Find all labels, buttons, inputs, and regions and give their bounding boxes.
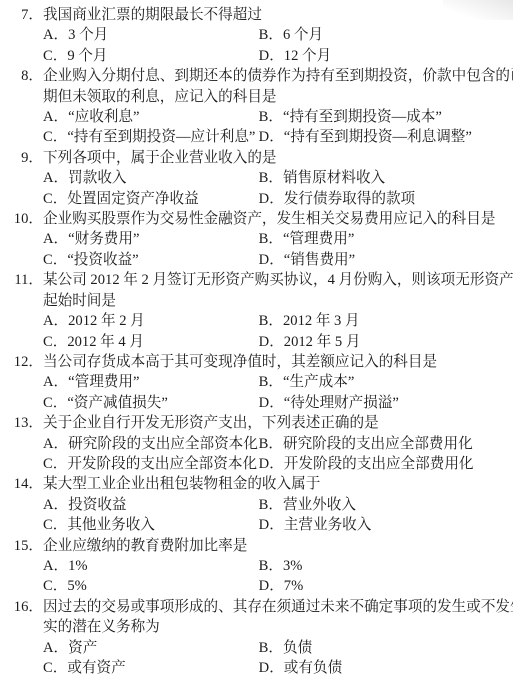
question: 13． 关于企业自行开发无形资产支出，下列表述正确的是 A．研究阶段的支出应全部… bbox=[0, 413, 513, 474]
option: A．研究阶段的支出应全部资本化 bbox=[43, 434, 255, 454]
option: C．“投资收益” bbox=[43, 250, 255, 270]
option: C．处置固定资产净收益 bbox=[43, 189, 255, 209]
question-number: 14． bbox=[0, 474, 43, 494]
question-stem: 企业购买股票作为交易性金融资产，发生相关交易费用应记入的科目是 bbox=[43, 209, 513, 229]
option: A．投资收益 bbox=[43, 495, 255, 515]
option: D．主营业务收入 bbox=[259, 515, 372, 535]
option: B．“持有至到期投资—成本” bbox=[259, 107, 442, 127]
question-stem: 某公司 2012 年 2 月签订无形资产购买协议，4 月份购入，则该项无形资产摊… bbox=[43, 270, 513, 290]
question: 10． 企业购买股票作为交易性金融资产，发生相关交易费用应记入的科目是 A．“财… bbox=[0, 209, 513, 270]
exam-page: 7． 我国商业汇票的期限最长不得超过 A．3 个月 B．6 个月 C．9 个月 … bbox=[0, 0, 513, 678]
question: 8． 企业购入分期付息、到期还本的债券作为持有至到期投资，价款中包含的已到付息 … bbox=[0, 66, 513, 148]
question-stem: 我国商业汇票的期限最长不得超过 bbox=[43, 5, 513, 25]
option: D．“待处理财产损溢” bbox=[259, 393, 399, 413]
option: D．12 个月 bbox=[259, 46, 332, 66]
question: 11． 某公司 2012 年 2 月签订无形资产购买协议，4 月份购入，则该项无… bbox=[0, 270, 513, 352]
question-stem-continuation: 期但未领取的利息，应记入的科目是 bbox=[0, 87, 513, 107]
question-number: 11． bbox=[0, 270, 43, 290]
option: D．开发阶段的支出应全部费用化 bbox=[259, 454, 474, 474]
question-stem: 某大型工业企业出租包装物租金的收入属于 bbox=[43, 474, 513, 494]
option: D．或有负债 bbox=[259, 658, 343, 678]
option: D．2012 年 5 月 bbox=[259, 332, 361, 352]
question-stem: 企业购入分期付息、到期还本的债券作为持有至到期投资，价款中包含的已到付息 bbox=[43, 66, 513, 86]
question-stem: 关于企业自行开发无形资产支出，下列表述正确的是 bbox=[43, 413, 513, 433]
question: 9． 下列各项中，属于企业营业收入的是 A．罚款收入 B．销售原材料收入 C．处… bbox=[0, 148, 513, 209]
question: 12． 当公司存货成本高于其可变现净值时，其差额应记入的科目是 A．“管理费用”… bbox=[0, 352, 513, 413]
option: C．“持有至到期投资—应计利息” bbox=[43, 127, 255, 147]
question-stem: 当公司存货成本高于其可变现净值时，其差额应记入的科目是 bbox=[43, 352, 513, 372]
option: C．其他业务收入 bbox=[43, 515, 255, 535]
question-number: 9． bbox=[0, 148, 43, 168]
option: D．“销售费用” bbox=[259, 250, 355, 270]
option: C．5% bbox=[43, 576, 255, 596]
question-number: 10． bbox=[0, 209, 43, 229]
question-number: 15． bbox=[0, 536, 43, 556]
option: C．2012 年 4 月 bbox=[43, 332, 255, 352]
option: B．研究阶段的支出应全部费用化 bbox=[259, 434, 473, 454]
question-number: 12． bbox=[0, 352, 43, 372]
option: B．“管理费用” bbox=[259, 229, 355, 249]
option: A．“财务费用” bbox=[43, 229, 255, 249]
question-number: 13． bbox=[0, 413, 43, 433]
option: B．营业外收入 bbox=[259, 495, 356, 515]
option: B．3% bbox=[259, 556, 303, 576]
option: C．9 个月 bbox=[43, 46, 255, 66]
option: A．“应收利息” bbox=[43, 107, 255, 127]
option: A．3 个月 bbox=[43, 25, 255, 45]
question-number: 8． bbox=[0, 66, 43, 86]
question-stem-continuation: 实的潜在义务称为 bbox=[0, 617, 513, 637]
option: D．发行债券取得的款项 bbox=[259, 189, 415, 209]
question: 7． 我国商业汇票的期限最长不得超过 A．3 个月 B．6 个月 C．9 个月 … bbox=[0, 5, 513, 66]
option: B．“生产成本” bbox=[259, 372, 355, 392]
question-stem: 因过去的交易或事项形成的、其存在须通过未来不确定事项的发生或不发生予以证 bbox=[43, 597, 513, 617]
option: C．开发阶段的支出应全部资本化 bbox=[43, 454, 255, 474]
question-stem: 企业应缴纳的教育费附加比率是 bbox=[43, 536, 513, 556]
option: B．2012 年 3 月 bbox=[259, 311, 360, 331]
option: B．负债 bbox=[259, 638, 313, 658]
option: A．2012 年 2 月 bbox=[43, 311, 255, 331]
question: 14． 某大型工业企业出租包装物租金的收入属于 A．投资收益 B．营业外收入 C… bbox=[0, 474, 513, 535]
option: D．“持有至到期投资—利息调整” bbox=[259, 127, 472, 147]
option: B．销售原材料收入 bbox=[259, 168, 386, 188]
question-stem-continuation: 起始时间是 bbox=[0, 291, 513, 311]
question-number: 7． bbox=[0, 5, 43, 25]
question: 15． 企业应缴纳的教育费附加比率是 A．1% B．3% C．5% D．7% bbox=[0, 536, 513, 597]
option: D．7% bbox=[259, 576, 304, 596]
option: A．“管理费用” bbox=[43, 372, 255, 392]
option: A．1% bbox=[43, 556, 255, 576]
option: A．罚款收入 bbox=[43, 168, 255, 188]
question: 16． 因过去的交易或事项形成的、其存在须通过未来不确定事项的发生或不发生予以证… bbox=[0, 597, 513, 679]
option: B．6 个月 bbox=[259, 25, 323, 45]
option: A．资产 bbox=[43, 638, 255, 658]
option: C．“资产减值损失” bbox=[43, 393, 255, 413]
question-stem: 下列各项中，属于企业营业收入的是 bbox=[43, 148, 513, 168]
option: C．或有资产 bbox=[43, 658, 255, 678]
question-number: 16． bbox=[0, 597, 43, 617]
